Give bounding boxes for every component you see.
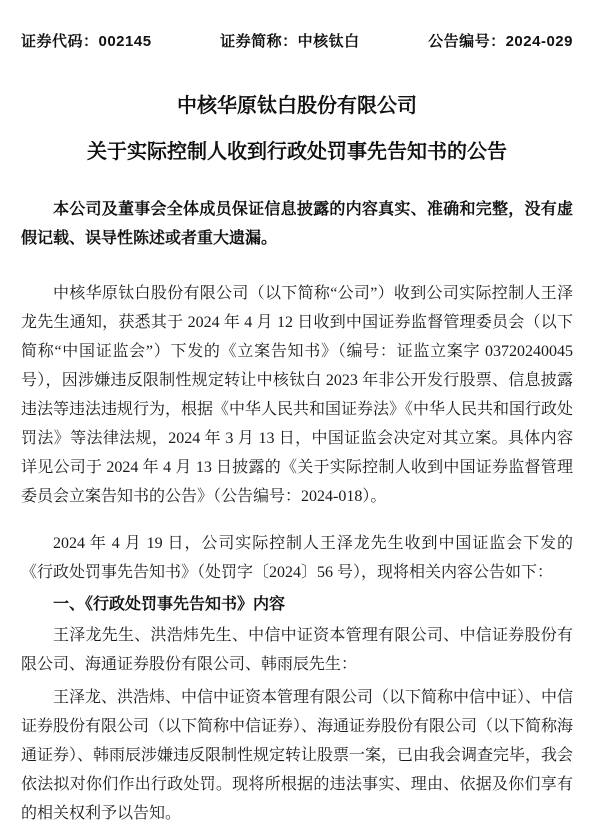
paragraph-investigation-conclusion: 王泽龙、洪浩炜、中信中证资本管理有限公司（以下简称中信中证）、中信证券股份有限公… bbox=[21, 683, 573, 825]
announcement-title: 关于实际控制人收到行政处罚事先告知书的公告 bbox=[21, 140, 573, 164]
company-name-title: 中核华原钛白股份有限公司 bbox=[21, 94, 573, 118]
announcement-document: 证券代码：002145 证券简称：中核钛白 公告编号：2024-029 中核华原… bbox=[0, 0, 596, 825]
stock-short-name: 证券简称：中核钛白 bbox=[220, 30, 360, 51]
announcement-number: 公告编号：2024-029 bbox=[428, 30, 573, 51]
stock-code: 证券代码：002145 bbox=[21, 30, 152, 51]
paragraph-case-filing-background: 中核华原钛白股份有限公司（以下简称“公司”）收到公司实际控制人王泽龙先生通知，获… bbox=[21, 279, 573, 511]
document-header: 证券代码：002145 证券简称：中核钛白 公告编号：2024-029 bbox=[21, 30, 573, 51]
section-1-heading: 一、《行政处罚事先告知书》内容 bbox=[21, 590, 573, 619]
paragraph-addressees: 王泽龙先生、洪浩炜先生、中信中证资本管理有限公司、中信证券股份有限公司、海通证券… bbox=[21, 621, 573, 679]
paragraph-notice-received: 2024 年 4 月 19 日，公司实际控制人王泽龙先生收到中国证监会下发的《行… bbox=[21, 529, 573, 587]
board-declaration: 本公司及董事会全体成员保证信息披露的内容真实、准确和完整，没有虚假记载、误导性陈… bbox=[21, 195, 573, 253]
